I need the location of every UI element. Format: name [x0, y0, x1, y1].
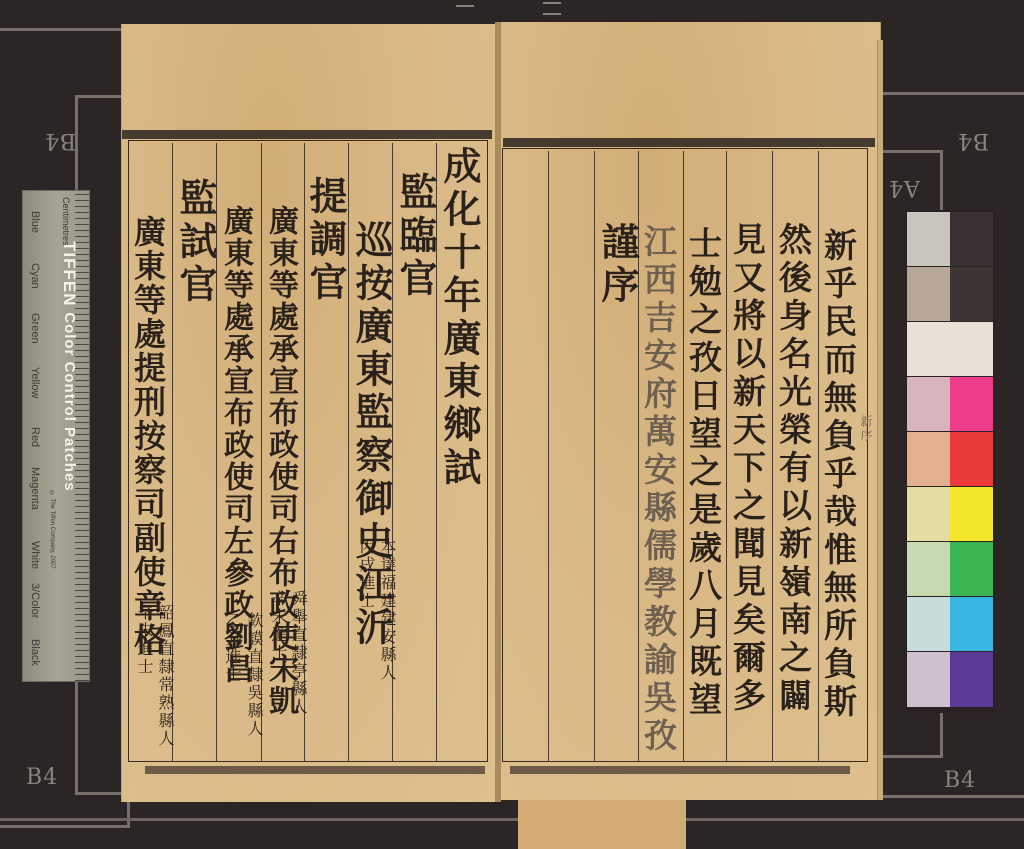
- swatch-row: [907, 487, 993, 542]
- pale-cyan-swatch: [907, 597, 950, 651]
- preface-column-2: 然後身名光榮有以新嶺南之闢: [777, 222, 810, 716]
- cyan-swatch: [950, 597, 993, 651]
- right-frame-bottom-border: [510, 766, 850, 774]
- ruler-color-label-black: Black: [29, 639, 41, 666]
- margin-mark: 新序: [860, 415, 872, 443]
- guide-label-b4-top-right: B4: [957, 128, 989, 153]
- tan-swatch: [907, 267, 950, 321]
- ruler-color-label-white: White: [29, 541, 41, 569]
- official-note-native-place: 舜舉直隸亭縣人: [290, 590, 306, 716]
- left-frame-top-border: [122, 130, 492, 139]
- ruler-color-label-yellow: Yellow: [29, 367, 41, 398]
- color-reference-target: [905, 210, 995, 713]
- tiffen-color-ruler: Centimetres TIFFEN Color Control Patches…: [22, 190, 90, 682]
- red-swatch: [950, 432, 993, 486]
- dark-brown-swatch: [950, 267, 993, 321]
- guide-label-a4-right: A4: [888, 175, 920, 200]
- exam-title: 成化十年廣東鄉試: [440, 146, 478, 490]
- ruler-units-cm: Centimetres: [61, 197, 71, 246]
- preface-column-1: 新乎民而無負乎哉惟無所負斯: [822, 228, 855, 722]
- official-note-native-place: 欽謨直隸吳縣人: [246, 612, 262, 738]
- pale-violet-swatch: [907, 652, 950, 707]
- gray-swatch-light: [907, 212, 950, 266]
- green-swatch: [950, 542, 993, 596]
- white-swatch: [907, 322, 993, 376]
- ruler-copyright: © The Tiffen Company, 2007: [49, 491, 55, 569]
- book-spine: [495, 22, 501, 802]
- swatch-row: [907, 597, 993, 652]
- official-entry-zhang-ge: 廣東等處提刑按察司副使章格: [132, 215, 164, 657]
- bookmark-tab: [518, 800, 686, 849]
- right-frame-top-border: [503, 138, 875, 147]
- swatch-row: [907, 267, 993, 322]
- yellow-swatch: [950, 487, 993, 541]
- top-scale-mark: [543, 13, 561, 15]
- section-heading-supervising-officials: 監臨官: [396, 172, 434, 301]
- preface-author-column: 江西吉安府萬安縣儒學教諭吳孜: [642, 224, 675, 756]
- magenta-swatch: [950, 377, 993, 431]
- ruler-color-label-magenta: Magenta: [29, 467, 41, 510]
- column-rule: [726, 151, 727, 761]
- ruler-color-label-3color: 3/Color: [29, 583, 41, 618]
- ruler-title: Color Control Patches: [61, 312, 78, 491]
- top-scale-mark: [543, 2, 561, 4]
- gray-swatch-dark: [950, 212, 993, 266]
- violet-swatch: [950, 652, 993, 707]
- pale-green-swatch: [907, 542, 950, 596]
- ruler-color-label-red: Red: [29, 427, 41, 447]
- pale-magenta-swatch: [907, 377, 950, 431]
- page-fore-edge: [877, 40, 883, 800]
- pale-red-swatch: [907, 432, 950, 486]
- swatch-row: [907, 377, 993, 432]
- pale-yellow-swatch: [907, 487, 950, 541]
- left-frame-bottom-border: [145, 766, 485, 774]
- swatch-row: [907, 542, 993, 597]
- official-note-native-place: 韶鳳直隸常熟縣人: [157, 604, 173, 748]
- ruler-color-label-green: Green: [29, 313, 41, 344]
- guide-label-b4-bottom-right: B4: [944, 768, 976, 793]
- ruler-brand: TIFFEN: [60, 241, 79, 307]
- official-note-degree: 丙戌進士: [358, 538, 374, 610]
- column-rule: [772, 151, 773, 761]
- swatch-row: [907, 322, 993, 377]
- preface-column-3: 見又將以新天下之聞見矣爾多: [731, 222, 764, 716]
- guide-line-bottom: [0, 818, 1024, 821]
- swatch-row: [907, 652, 993, 707]
- guide-label-b4-bottom-left: B4: [26, 765, 58, 790]
- section-heading-examination-proctors: 監試官: [176, 178, 214, 307]
- swatch-row: [907, 212, 993, 267]
- official-note-degree: 辛未進士: [270, 590, 286, 662]
- guide-label-b4-top-left: B4: [44, 128, 76, 153]
- official-note-degree: 乙丑進士: [224, 612, 240, 684]
- ruler-brand-title: TIFFEN Color Control Patches: [59, 241, 79, 492]
- swatch-row: [907, 432, 993, 487]
- column-rule: [548, 151, 549, 761]
- official-note-degree: 辛未進士: [136, 604, 152, 676]
- official-note-native-place: 本達福建建安縣人: [379, 538, 395, 682]
- ruler-color-label-blue: Blue: [29, 211, 41, 233]
- ruler-color-label-cyan: Cyan: [29, 263, 41, 289]
- preface-column-4: 士勉之孜日望之是歲八月既望: [687, 226, 720, 720]
- preface-closing: 謹序: [598, 222, 636, 308]
- section-heading-superintendents: 提調官: [306, 176, 344, 305]
- top-scale-mark: [456, 5, 474, 7]
